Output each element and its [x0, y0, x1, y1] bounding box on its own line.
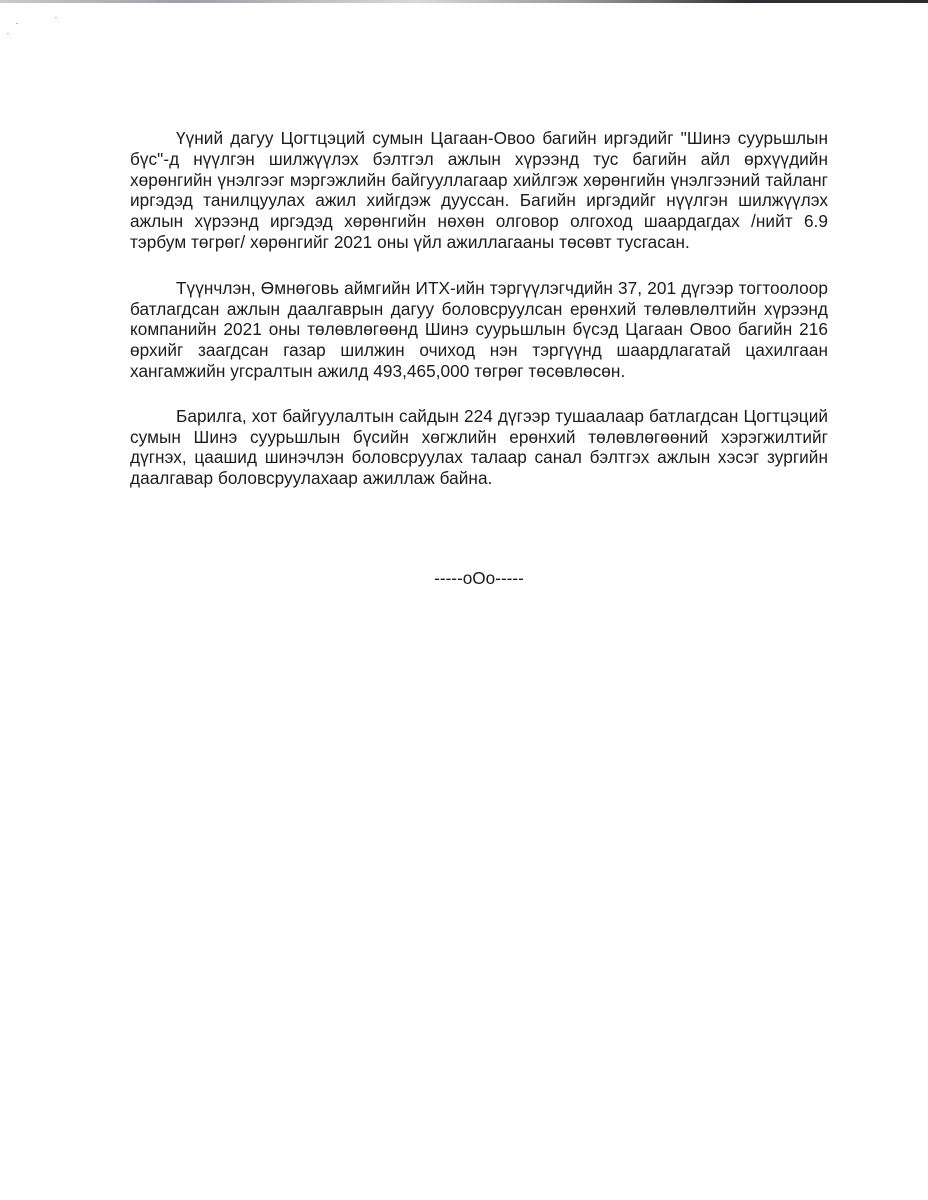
end-of-document-mark: -----oOo-----	[130, 568, 828, 588]
scan-top-edge	[0, 0, 928, 3]
scan-speck	[7, 33, 9, 34]
scan-speck	[16, 23, 18, 24]
scan-speck	[55, 17, 57, 18]
paragraph-development-plan: Барилга, хот байгуулалтын сайдын 224 дүг…	[130, 406, 828, 489]
paragraph-power-supply-budget: Түүнчлэн, Өмнөговь аймгийн ИТХ-ийн тэргү…	[130, 278, 828, 382]
document-body: Үүний дагуу Цогтцэций сумын Цагаан-Овоо …	[130, 128, 828, 513]
paragraph-property-valuation: Үүний дагуу Цогтцэций сумын Цагаан-Овоо …	[130, 128, 828, 253]
